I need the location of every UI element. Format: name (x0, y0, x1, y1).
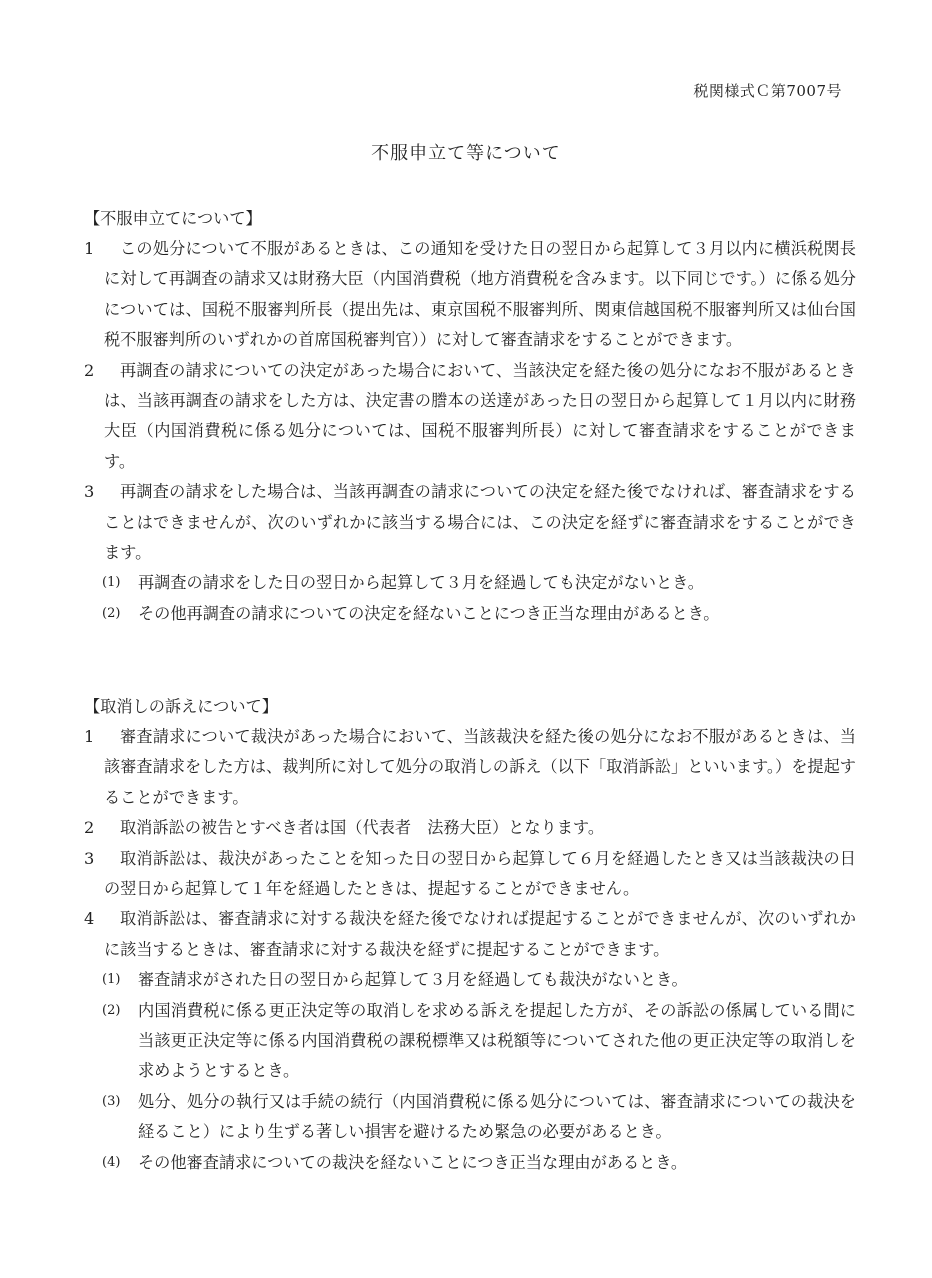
item-number: 2 (84, 813, 94, 843)
page-title: 不服申立て等について (0, 139, 932, 165)
sub-item-number: (4) (102, 1148, 120, 1178)
list-item: 2 再調査の請求についての決定があった場合において、当該決定を経た後の処分になお… (86, 356, 856, 478)
list-item: 4 取消訴訟は、審査請求に対する裁決を経た後でなければ提起することができませんが… (86, 904, 856, 965)
list-item: 1 審査請求について裁決があった場合において、当該裁決を経た後の処分になお不服が… (86, 722, 856, 813)
sub-item-number: (2) (102, 996, 120, 1026)
sub-item-text: 処分、処分の執行又は手続の続行（内国消費税に係る処分については、審査請求について… (138, 1087, 856, 1148)
item-text: 審査請求について裁決があった場合において、当該裁決を経た後の処分になお不服がある… (104, 722, 856, 813)
item-text: この処分について不服があるときは、この通知を受けた日の翌日から起算して３月以内に… (104, 234, 856, 356)
item-text: 再調査の請求についての決定があった場合において、当該決定を経た後の処分になお不服… (104, 356, 856, 478)
item-number: 3 (84, 477, 94, 507)
sub-item-number: (1) (102, 965, 120, 995)
item-number: 4 (84, 904, 94, 934)
sub-item: (2) その他再調査の請求についての決定を経ないことにつき正当な理由があるとき。 (86, 599, 856, 629)
item-text: 取消訴訟は、審査請求に対する裁決を経た後でなければ提起することができませんが、次… (104, 904, 856, 965)
item-number: 2 (84, 356, 94, 386)
sub-item-text: その他再調査の請求についての決定を経ないことにつき正当な理由があるとき。 (138, 599, 856, 629)
sub-item-text: 内国消費税に係る更正決定等の取消しを求める訴えを提起した方が、その訴訟の係属して… (138, 996, 856, 1087)
item-text: 再調査の請求をした場合は、当該再調査の請求についての決定を経た後でなければ、審査… (104, 477, 856, 568)
item-text: 取消訴訟は、裁決があったことを知った日の翌日から起算して６月を経過したとき又は当… (104, 844, 856, 905)
section-heading: 【不服申立てについて】 (84, 204, 856, 234)
item-number: 3 (84, 844, 94, 874)
sub-item-number: (2) (102, 599, 120, 629)
sub-item-number: (3) (102, 1087, 120, 1117)
sub-item: (1) 審査請求がされた日の翌日から起算して３月を経過しても裁決がないとき。 (86, 965, 856, 995)
sub-item-text: 審査請求がされた日の翌日から起算して３月を経過しても裁決がないとき。 (138, 965, 856, 995)
sub-item: (4) その他審査請求についての裁決を経ないことにつき正当な理由があるとき。 (86, 1148, 856, 1178)
sub-item-text: 再調査の請求をした日の翌日から起算して３月を経過しても決定がないとき。 (138, 568, 856, 598)
list-item: 3 再調査の請求をした場合は、当該再調査の請求についての決定を経た後でなければ、… (86, 477, 856, 568)
section-appeal: 【不服申立てについて】 1 この処分について不服があるときは、この通知を受けた日… (86, 204, 856, 629)
item-text: 取消訴訟の被告とすべき者は国（代表者 法務大臣）となります。 (104, 813, 856, 843)
list-item: 2 取消訴訟の被告とすべき者は国（代表者 法務大臣）となります。 (86, 813, 856, 843)
item-number: 1 (84, 722, 94, 752)
section-revocation-suit: 【取消しの訴えについて】 1 審査請求について裁決があった場合において、当該裁決… (86, 692, 856, 1178)
sub-item: (3) 処分、処分の執行又は手続の続行（内国消費税に係る処分については、審査請求… (86, 1087, 856, 1148)
section-heading: 【取消しの訴えについて】 (84, 692, 856, 722)
form-number: 税関様式Ｃ第7007号 (693, 80, 842, 101)
list-item: 3 取消訴訟は、裁決があったことを知った日の翌日から起算して６月を経過したとき又… (86, 844, 856, 905)
list-item: 1 この処分について不服があるときは、この通知を受けた日の翌日から起算して３月以… (86, 234, 856, 356)
item-number: 1 (84, 234, 94, 264)
sub-item: (2) 内国消費税に係る更正決定等の取消しを求める訴えを提起した方が、その訴訟の… (86, 996, 856, 1087)
sub-item-text: その他審査請求についての裁決を経ないことにつき正当な理由があるとき。 (138, 1148, 856, 1178)
sub-item-number: (1) (102, 568, 120, 598)
sub-item: (1) 再調査の請求をした日の翌日から起算して３月を経過しても決定がないとき。 (86, 568, 856, 598)
